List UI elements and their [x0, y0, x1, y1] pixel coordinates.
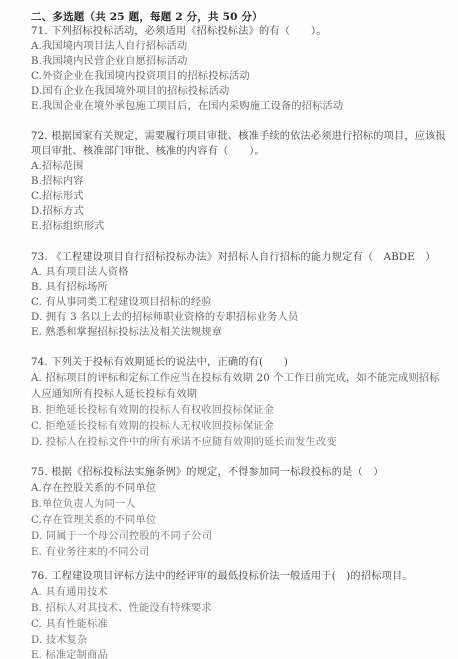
option-e: E.我国企业在境外承包施工项目后，在国内采购施工设备的招标活动 [31, 100, 343, 114]
option-e: E. 标准定制商品 [31, 649, 108, 659]
option-c: C. 具有性能标准 [31, 618, 108, 632]
option-a: A. 具有项目法人资格 [31, 266, 129, 280]
option-d: D. 技术复杂 [31, 634, 87, 648]
option-c: C. 拒绝延长投标有效期的投标人无权收回投标保证金 [31, 420, 274, 434]
option-b: B. 拒绝延长投标有效期的投标人有权收回投标保证金 [31, 404, 274, 418]
option-b: B. 招标人对其技术、性能没有特殊要求 [31, 602, 212, 616]
section-heading: 二、多选题（共 25 题，每题 2 分，共 50 分） [31, 10, 263, 24]
option-d: D. 拥有 3 名以上去的招标师职业资格的专职招标业务人员 [31, 311, 298, 325]
exam-page: 二、多选题（共 25 题，每题 2 分，共 50 分） 71. 下列招标投标活动… [0, 0, 458, 659]
option-d: D.招标方式 [31, 205, 84, 219]
question-stem: 76. 工程建设项目评标方法中的经评审的最低投标价法一般适用于( )的招标项目。 [31, 570, 413, 584]
option-c: C.外资企业在我国境内投资项目的招标投标活动 [31, 70, 250, 84]
option-e: E.招标组织形式 [31, 220, 104, 234]
question-stem: 71. 下列招标投标活动，必须适用《招标投标法》的有（ ）。 [31, 25, 327, 39]
option-b: B.单位负责人为同一人 [31, 498, 136, 512]
option-a: A. 招标项目的评标和定标工作应当在投标有效期 20 个工作日前完成，如不能完成… [31, 372, 440, 386]
question-stem: 75. 根据《招标投标法实施条例》的规定，不得参加同一标段投标的是（ ） [31, 466, 384, 480]
option-a-continued: 人应通知所有投标人延长投标有效期 [31, 388, 197, 402]
question-stem-continued: 项目审批、核准部门审批、核准的内容有（ ）。 [31, 145, 265, 159]
option-a: A.招标范围 [31, 160, 84, 174]
option-e: E. 有业务往来的不同公司 [31, 546, 149, 560]
option-d: D. 同属于一个母公司控股的不同子公司 [31, 530, 212, 544]
option-b: B.我国境内民营企业自愿招标活动 [31, 55, 188, 69]
option-a: A.我国境内项目法人自行招标活动 [31, 40, 187, 54]
option-d: D.国有企业在我国境外项目的招标投标活动 [31, 85, 229, 99]
option-b: B. 具有招标场所 [31, 281, 108, 295]
option-d: D. 投标人在投标文件中的所有承诺不应随有效期的延长而发生改变 [31, 436, 337, 450]
option-b: B.招标内容 [31, 175, 84, 189]
option-c: C.招标形式 [31, 190, 84, 204]
option-c: C.存在管理关系的不同单位 [31, 514, 156, 528]
option-a: A. 具有通用技术 [31, 586, 108, 600]
question-stem: 74. 下列关于投标有效期延长的说法中，正确的有( ) [31, 356, 288, 370]
option-c: C. 有从事同类工程建设项目招标的经验 [31, 296, 212, 310]
option-e: E. 熟悉和掌握招标投标法及相关法规规章 [31, 326, 222, 340]
option-a: A.存在控股关系的不同单位 [31, 482, 156, 496]
question-stem: 72. 根据国家有关规定，需要履行项目审批、核准手续的依法必须进行招标的项目，应… [31, 130, 446, 144]
question-stem: 73. 《工程建设项目自行招标投标办法》对招标人自行招标的能力规定有（ ABDE… [31, 251, 436, 265]
